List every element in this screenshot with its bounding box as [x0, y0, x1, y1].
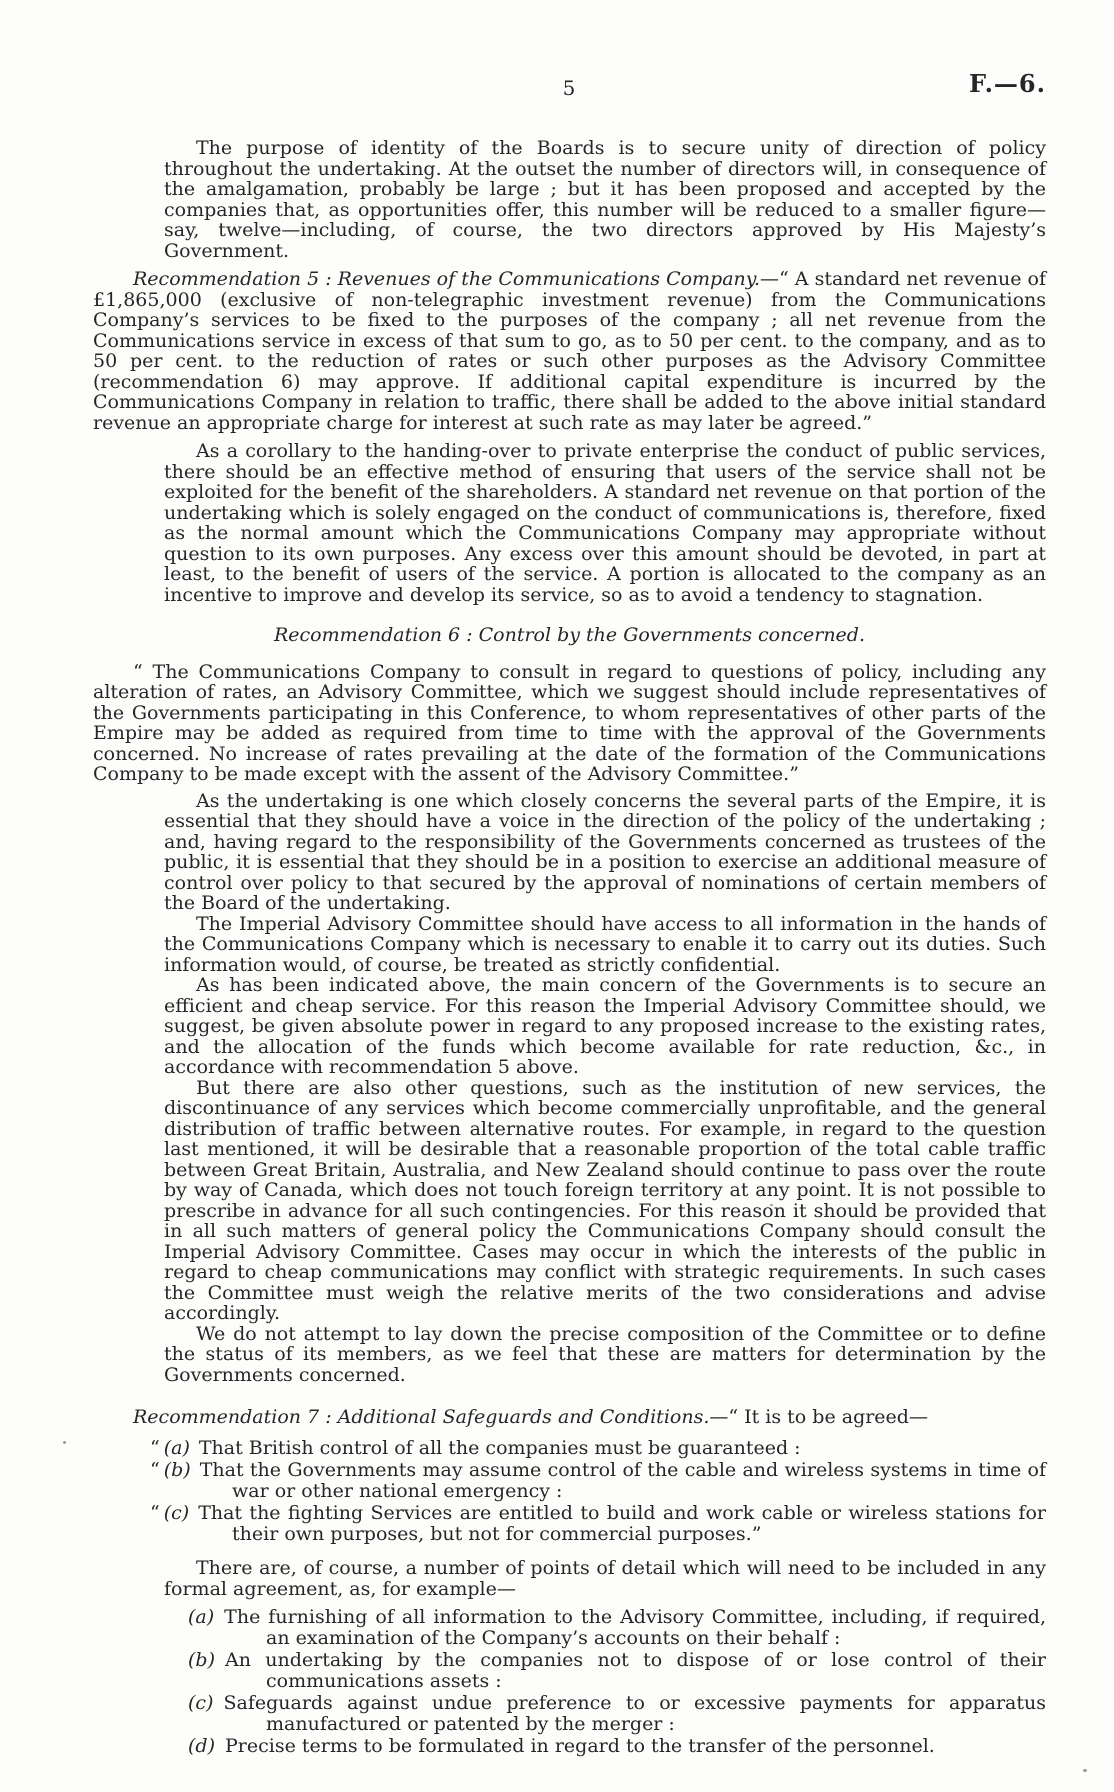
- recommendation-6-quote: “ The Communications Company to consult …: [93, 662, 1046, 785]
- paragraph-corollary: As a corollary to the handing-over to pr…: [164, 441, 1046, 605]
- scan-speck: [1083, 1769, 1087, 1772]
- recommendation-5-body: —“ A standard net revenue of £1,865,000 …: [93, 268, 1046, 434]
- item-letter: (d): [188, 1735, 215, 1757]
- list-item: (d)Precise terms to be formulated in reg…: [123, 1736, 1046, 1757]
- item-letter: (a): [164, 1437, 190, 1459]
- item-letter: (a): [188, 1606, 214, 1628]
- recommendation-7-paragraph: Recommendation 7 : Additional Safeguards…: [93, 1407, 1046, 1428]
- document-page: 5 F.—6. The purpose of identity of the B…: [0, 0, 1114, 1792]
- paragraph-committee-composition: We do not attempt to lay down the precis…: [164, 1324, 1046, 1386]
- recommendation-5-paragraph: Recommendation 5 : Revenues of the Commu…: [93, 269, 1046, 433]
- item-text: Precise terms to be formulated in regard…: [225, 1735, 935, 1757]
- quote-mark: “: [150, 1502, 160, 1524]
- page-number: 5: [563, 78, 577, 99]
- scan-speck: [63, 1441, 66, 1444]
- quote-mark: “: [150, 1437, 160, 1459]
- list-item: “(b)That the Governments may assume cont…: [93, 1460, 1046, 1501]
- paragraph-imperial-committee: The Imperial Advisory Committee should h…: [164, 914, 1046, 976]
- item-text: The furnishing of all information to the…: [224, 1606, 1046, 1649]
- recommendation-7-lead: Recommendation 7 : Additional Safeguards…: [133, 1406, 709, 1428]
- list-item: (b)An undertaking by the companies not t…: [123, 1650, 1046, 1691]
- item-letter: (b): [188, 1649, 215, 1671]
- paragraph-other-questions: But there are also other questions, such…: [164, 1078, 1046, 1324]
- recommendation-6-heading: Recommendation 6 : Control by the Govern…: [93, 625, 1046, 646]
- list-item: “(c)That the fighting Services are entit…: [93, 1503, 1046, 1544]
- item-letter: (b): [164, 1459, 191, 1481]
- item-text: That the Governments may assume control …: [200, 1459, 1046, 1502]
- item-letter: (c): [188, 1692, 213, 1714]
- quote-mark: “: [150, 1459, 160, 1481]
- detail-list: (a)The furnishing of all information to …: [93, 1607, 1046, 1757]
- paragraph-main-concern: As has been indicated above, the main co…: [164, 975, 1046, 1078]
- recommendation-5-lead: Recommendation 5 : Revenues of the Commu…: [133, 268, 760, 290]
- page-header: 5 F.—6.: [93, 78, 1046, 106]
- recommendation-7-list: “(a)That British control of all the comp…: [93, 1438, 1046, 1545]
- list-item: “(a)That British control of all the comp…: [93, 1438, 1046, 1459]
- paragraph-boards-purpose: The purpose of identity of the Boards is…: [164, 138, 1046, 261]
- item-text: An undertaking by the companies not to d…: [225, 1649, 1046, 1692]
- paragraph-points-of-detail: There are, of course, a number of points…: [164, 1558, 1046, 1599]
- list-item: (c)Safeguards against undue preference t…: [123, 1693, 1046, 1734]
- paragraph-undertaking-empire: As the undertaking is one which closely …: [164, 791, 1046, 914]
- list-item: (a)The furnishing of all information to …: [123, 1607, 1046, 1648]
- item-letter: (c): [164, 1502, 189, 1524]
- document-reference: F.—6.: [969, 74, 1046, 95]
- recommendation-7-body: —“ It is to be agreed—: [709, 1406, 928, 1428]
- scan-speck: [770, 1204, 773, 1206]
- item-text: That British control of all the companie…: [199, 1437, 801, 1459]
- item-text: Safeguards against undue preference to o…: [223, 1692, 1046, 1735]
- item-text: That the fighting Services are entitled …: [198, 1502, 1046, 1545]
